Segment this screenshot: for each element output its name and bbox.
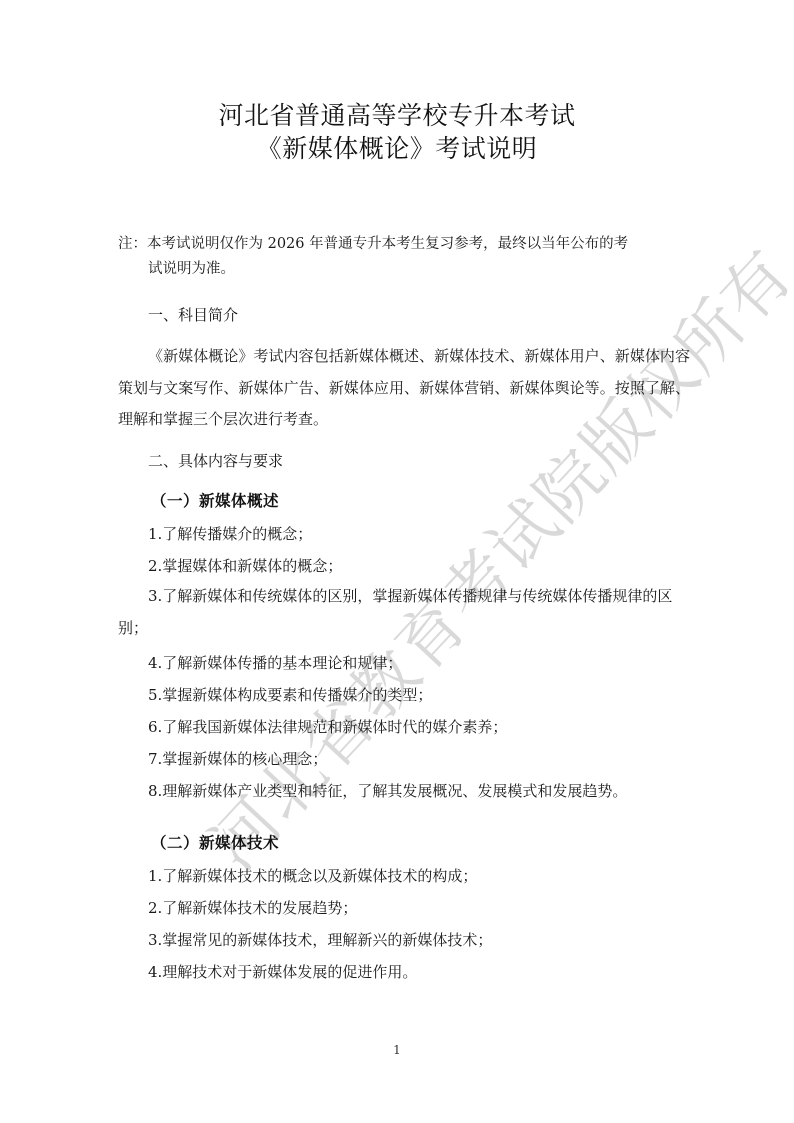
list-item: 5.掌握新媒体构成要素和传播媒介的类型； [148, 684, 432, 705]
list-item: 4.理解技术对于新媒体发展的促进作用。 [148, 961, 417, 982]
note-text-line1: 本考试说明仅作为 2026 年普通专升本考生复习参考，最终以当年公布的考 [147, 236, 628, 252]
list-item: 2.掌握媒体和新媒体的概念； [148, 555, 342, 576]
subsection-heading-1: （一）新媒体概述 [151, 489, 279, 511]
list-item: 7.掌握新媒体的核心理念； [148, 748, 327, 769]
section-heading-content: 二、具体内容与要求 [148, 450, 283, 471]
list-item: 6.了解我国新媒体法律规范和新媒体时代的媒介素养； [148, 716, 507, 737]
note-block: 注：本考试说明仅作为 2026 年普通专升本考生复习参考，最终以当年公布的考 试… [118, 232, 684, 282]
list-item: 4.了解新媒体传播的基本理论和规律； [148, 652, 402, 673]
list-item: 3.了解新媒体和传统媒体的区别，掌握新媒体传播规律与传统媒体传播规律的区别； [118, 580, 690, 644]
note-label: 注： [118, 232, 147, 257]
overview-paragraph-text: 《新媒体概论》考试内容包括新媒体概述、新媒体技术、新媒体用户、新媒体内容策划与文… [118, 347, 690, 428]
overview-paragraph: 《新媒体概论》考试内容包括新媒体概述、新媒体技术、新媒体用户、新媒体内容策划与文… [118, 341, 690, 436]
list-item: 1.了解新媒体技术的概念以及新媒体技术的构成； [148, 865, 477, 886]
list-item: 8.理解新媒体产业类型和特征，了解其发展概况、发展模式和发展趋势。 [148, 780, 627, 801]
note-text-line2: 试说明为准。 [118, 257, 684, 282]
document-title-line2: 《新媒体概论》考试说明 [0, 129, 794, 165]
subsection-heading-2: （二）新媒体技术 [151, 831, 279, 853]
document-page: 河北省教育考试院版权所有 河北省普通高等学校专升本考试 《新媒体概论》考试说明 … [0, 0, 794, 1123]
list-item: 2.了解新媒体技术的发展趋势； [148, 897, 357, 918]
section-heading-overview: 一、科目简介 [148, 304, 238, 325]
page-number: 1 [0, 1043, 794, 1057]
list-item: 1.了解传播媒介的概念； [148, 523, 312, 544]
list-item: 3.掌握常见的新媒体技术，理解新兴的新媒体技术； [148, 929, 492, 950]
document-title-line1: 河北省普通高等学校专升本考试 [0, 96, 794, 132]
